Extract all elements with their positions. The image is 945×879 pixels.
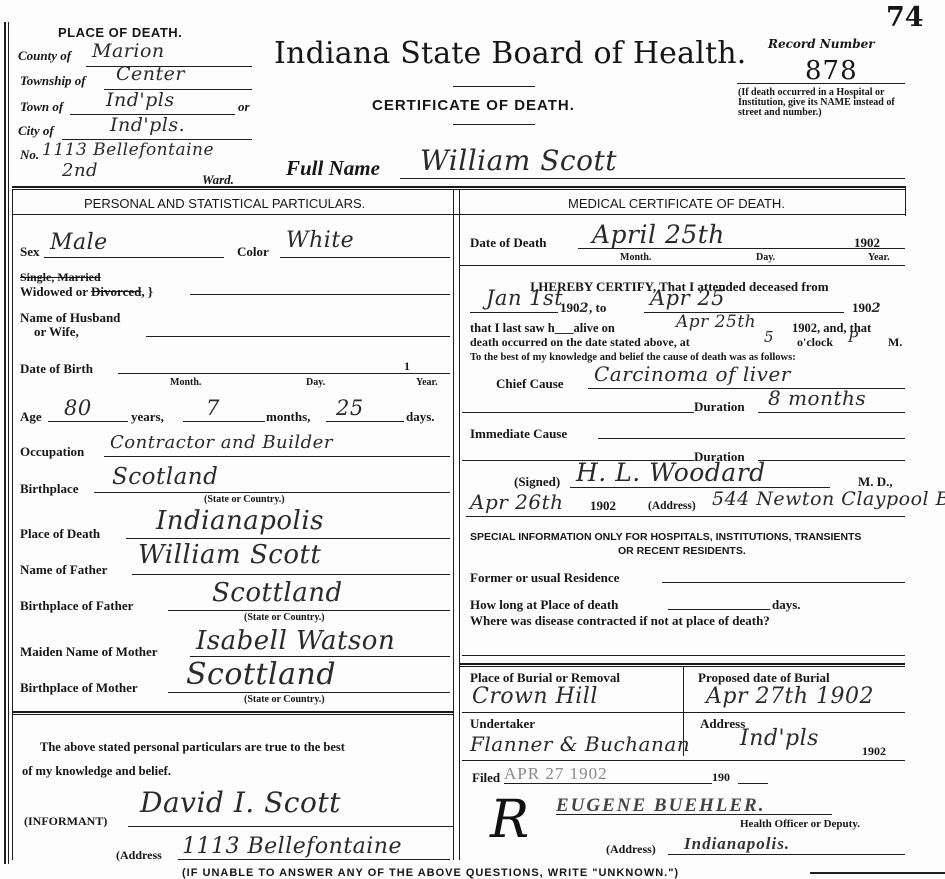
mother-birthplace-label: Birthplace of Mother: [20, 680, 138, 696]
last-saw-text: that I last saw h___alive on: [470, 321, 615, 336]
occupation-line: [104, 456, 450, 457]
immediate-cause-line: [598, 438, 905, 439]
special-info-line-1: SPECIAL INFORMATION ONLY FOR HOSPITALS, …: [470, 531, 861, 543]
health-officer-caption: Health Officer or Deputy.: [740, 818, 860, 830]
township-value: Center: [116, 63, 185, 85]
mother-birthplace-value: Scottland: [186, 657, 336, 692]
birthplace-line: [94, 492, 450, 493]
county-label: County of: [18, 48, 71, 64]
full-name-value: William Scott: [420, 144, 617, 177]
dob-month-caption: Month.: [170, 377, 201, 388]
place-of-death-label: Place of Death: [20, 526, 100, 542]
undertaker-row-line: [462, 760, 905, 761]
years-label: years,: [131, 409, 164, 425]
or-label: or: [238, 99, 250, 115]
full-name-line: [400, 178, 905, 179]
marital-widowed-label: Widowed or Divorced, }: [20, 284, 153, 300]
mother-birthplace-line: [168, 692, 450, 693]
title-rule-1: [453, 86, 535, 87]
former-residence-label: Former or usual Residence: [470, 570, 619, 586]
footer-rule: [810, 872, 945, 874]
widowed-text: Widowed or: [20, 284, 88, 299]
age-years-line: [48, 421, 128, 422]
attended-to-value: Apr 25: [650, 286, 725, 310]
months-label: months,: [266, 409, 310, 425]
how-long-label: How long at Place of death: [470, 597, 618, 613]
undertaker-address-value: Ind'pls: [740, 726, 819, 751]
father-birthplace-line: [168, 610, 450, 611]
special-info-line-2: OR RECENT RESIDENTS.: [618, 545, 746, 557]
footer-note: (IF UNABLE TO ANSWER ANY OF THE ABOVE QU…: [182, 867, 679, 879]
filed-stamp: APR 27 1902: [504, 764, 608, 784]
age-days-line: [326, 421, 404, 422]
dob-label: Date of Birth: [20, 361, 93, 377]
chief-cause-label: Chief Cause: [496, 376, 564, 392]
age-days-value: 25: [336, 396, 364, 420]
health-officer-address-line: [668, 854, 905, 855]
title-rule-2: [453, 124, 535, 125]
marital-line: [190, 294, 450, 295]
mother-birthplace-caption: (State or Country.): [244, 694, 325, 705]
chief-duration-line: [758, 412, 905, 413]
age-years-value: 80: [64, 396, 92, 420]
where-contracted-label: Where was disease contracted if not at p…: [470, 613, 770, 629]
dob-line: [118, 373, 450, 374]
filed-year-line: [738, 783, 768, 784]
record-number-line: [737, 83, 905, 84]
sex-label: Sex: [20, 244, 40, 260]
age-months-value: 7: [206, 396, 220, 420]
date-of-death-label: Date of Death: [470, 235, 547, 251]
medical-heading: MEDICAL CERTIFICATE OF DEATH.: [568, 196, 785, 211]
spouse-label-2: or Wife,: [34, 324, 79, 340]
personal-heading: PERSONAL AND STATISTICAL PARTICULARS.: [84, 196, 365, 211]
occupation-label: Occupation: [20, 444, 84, 460]
health-officer-address-label: (Address): [606, 842, 656, 857]
mother-label: Maiden Name of Mother: [20, 644, 158, 660]
spouse-line: [146, 336, 450, 337]
occupation-value: Contractor and Builder: [110, 432, 333, 453]
township-label: Township of: [20, 73, 86, 89]
death-day-caption: Day.: [756, 252, 775, 263]
record-number: 878: [805, 56, 858, 86]
place-of-death-value: Indianapolis: [156, 506, 324, 536]
left-border-inner: [8, 22, 9, 864]
dob-year-caption: Year.: [416, 377, 438, 388]
informant-label: (INFORMANT): [24, 814, 107, 829]
how-long-line: [668, 609, 770, 610]
meridiem-value: P: [848, 328, 859, 346]
personal-left-rule: [12, 190, 13, 860]
color-value: White: [286, 228, 354, 253]
city-value: Ind'pls.: [110, 114, 185, 136]
informant-address-label: (Address: [116, 848, 162, 863]
dob-year-mark: 1: [404, 359, 410, 374]
filing-initial: R: [490, 790, 530, 850]
days-label: days.: [406, 409, 435, 425]
m-label: M.: [888, 335, 902, 350]
father-birthplace-label: Birthplace of Father: [20, 598, 133, 614]
physician-address-line: [466, 516, 905, 517]
where-contracted-line: [462, 655, 905, 656]
birthplace-caption: (State or Country.): [204, 494, 285, 505]
informant-line: [128, 826, 454, 827]
signed-label: (Signed): [514, 474, 560, 490]
color-line: [280, 257, 450, 258]
chief-duration-label: Duration: [694, 399, 745, 415]
dob-day-caption: Day.: [306, 377, 325, 388]
physician-signature: H. L. Woodard: [576, 458, 766, 487]
divorced-struck: Divorced: [91, 284, 141, 299]
date-of-death-value: April 25th: [592, 220, 725, 249]
oclock-label: o'clock: [797, 335, 833, 350]
undertaker-label: Undertaker: [470, 716, 535, 732]
date-section-rule: [460, 265, 905, 266]
column-divider-left: [453, 190, 454, 860]
chief-cause-value: Carcinoma of liver: [594, 362, 791, 386]
health-officer-address: Indianapolis.: [684, 834, 790, 854]
physician-address-value: 544 Newton Claypool Bldg: [712, 488, 945, 510]
signed-date: Apr 26th: [470, 490, 564, 514]
certificate-subtitle: CERTIFICATE OF DEATH.: [372, 97, 575, 114]
town-label: Town of: [20, 99, 63, 115]
immediate-duration-line: [758, 460, 905, 461]
birthplace-label: Birthplace: [20, 481, 79, 497]
column-divider-right: [459, 190, 460, 860]
informant-address-value: 1113 Bellefontaine: [182, 834, 402, 859]
attended-from-year: 1902, to: [560, 300, 606, 316]
sex-line: [44, 257, 224, 258]
color-label: Color: [237, 244, 269, 260]
left-border: [4, 22, 6, 864]
undertaker-address-label: Address: [700, 716, 745, 732]
burial-date-value: Apr 27th 1902: [706, 684, 874, 709]
record-number-label: Record Number: [768, 37, 875, 51]
how-long-days-label: days.: [772, 597, 801, 613]
date-of-death-year: 1902: [854, 235, 880, 251]
attended-from-value: Jan 1st: [486, 286, 563, 310]
page-number: 74: [886, 2, 924, 33]
signed-year: 1902: [590, 498, 616, 514]
hospital-note: (If death occurred in a Hospital or Inst…: [738, 88, 908, 118]
undertaker-value: Flanner & Buchanan: [470, 732, 690, 756]
burial-place-value: Crown Hill: [472, 684, 598, 709]
father-birthplace-caption: (State or Country.): [244, 612, 325, 623]
form-title: Indiana State Board of Health.: [274, 36, 747, 71]
father-line: [132, 574, 450, 575]
filed-year: 190: [712, 770, 730, 785]
street-no-label: No.: [20, 147, 39, 163]
birthplace-value: Scotland: [112, 464, 218, 490]
attended-from-line: [470, 312, 558, 313]
street-value: 1113 Bellefontaine: [42, 140, 214, 160]
personal-attest-rule: [12, 711, 454, 715]
age-months-line: [183, 421, 265, 422]
death-hour: 5: [764, 328, 774, 346]
place-of-death-line: [126, 538, 450, 539]
sex-value: Male: [50, 230, 108, 255]
former-residence-line: [662, 582, 905, 583]
undertaker-year: 1902: [862, 744, 886, 759]
filed-label: Filed: [472, 770, 500, 786]
father-label: Name of Father: [20, 562, 107, 578]
town-value: Ind'pls: [106, 89, 175, 111]
last-saw-date: Apr 25th: [676, 312, 756, 332]
chief-duration-value: 8 months: [768, 386, 866, 410]
death-month-caption: Month.: [620, 252, 651, 263]
attended-to-year: 1902: [852, 300, 881, 316]
place-of-death-heading: PLACE OF DEATH.: [58, 25, 182, 40]
physician-address-label: (Address): [648, 500, 696, 512]
full-name-label: Full Name: [286, 156, 380, 181]
chief-cause-continuation-line: [462, 412, 694, 413]
death-year-caption: Year.: [868, 252, 890, 263]
right-frame-top: [905, 186, 906, 216]
father-birthplace-value: Scottland: [212, 578, 343, 608]
health-officer-name: EUGENE BUEHLER.: [556, 795, 765, 817]
attest-line-1: The above stated personal particulars ar…: [40, 740, 345, 755]
attest-line-2: of my knowledge and belief.: [22, 764, 171, 779]
mother-value: Isabell Watson: [196, 626, 395, 656]
informant-address-line: [178, 859, 450, 860]
ward-value: 2nd: [62, 160, 98, 181]
immediate-cause-label: Immediate Cause: [470, 426, 567, 442]
informant-value: David I. Scott: [140, 786, 341, 819]
father-value: William Scott: [138, 540, 321, 570]
burial-row-line: [462, 712, 905, 713]
county-value: Marion: [92, 40, 165, 62]
age-label: Age: [20, 409, 42, 425]
city-label: City of: [18, 123, 54, 139]
marital-status-options: Single, Married: [20, 270, 101, 285]
occurred-text: death occurred on the date stated above,…: [470, 335, 690, 350]
filed-line: [504, 783, 712, 784]
last-saw-year: 1902, and, that: [792, 321, 871, 336]
